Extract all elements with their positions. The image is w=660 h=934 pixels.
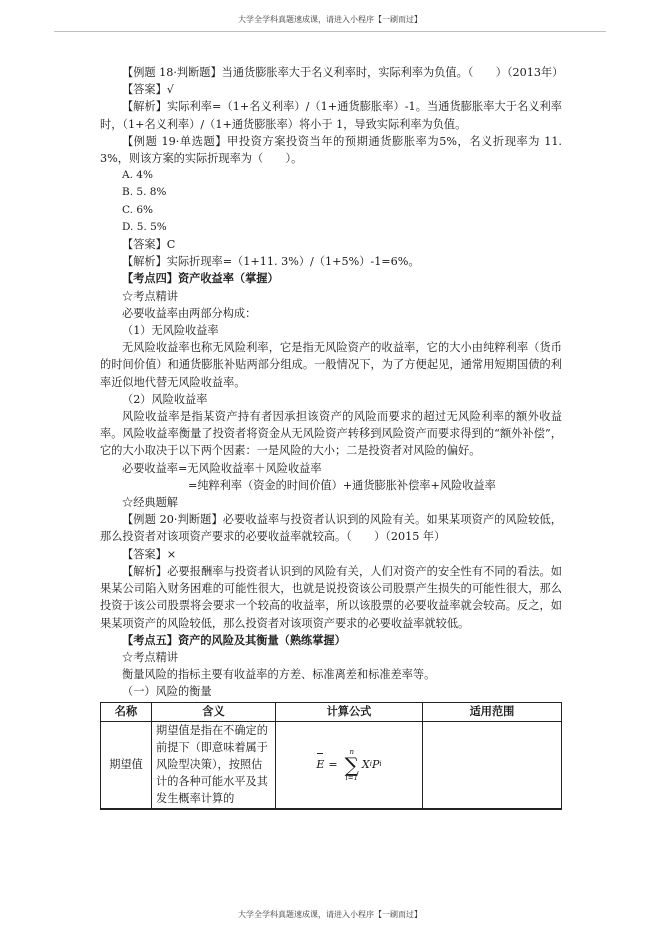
table-row: 期望值 期望值是指在不确定的前提下（即意味着属于风险型决策），按照估计的各种可能… [101,721,562,809]
key-point-5-subheading: ☆考点精讲 [100,649,562,666]
page-header: 大学全学科真题速成课，请进入小程序【一刷而过】 [0,0,660,40]
risk-premium-paragraph: 风险收益率是指某资产持有者因承担该资产的风险而要求的超过无风险利率的额外收益率。… [100,408,562,460]
example-19-option-b: B. 5. 8% [100,184,562,201]
risk-measurement-heading: （一）风险的衡量 [100,683,562,700]
example-19-explanation: 【解析】实际折现率=（1+11. 3%）/（1+5%）-1=6%。 [100,253,562,270]
key-point-4-title: 【考点四】资产收益率（掌握） [100,270,562,287]
key-point-5-intro: 衡量风险的指标主要有收益率的方差、标准离差和标准差率等。 [100,666,562,683]
example-20-explanation: 【解析】必要报酬率与投资者认识到的风险有关，人们对资产的安全性有不同的看法。如果… [100,563,562,632]
formula-lhs: E [316,756,324,773]
header-divider [54,31,606,32]
example-20-answer: 【答案】× [100,546,562,563]
required-return-formula-2: =纯粹利率（资金的时间价值）+通货膨胀补偿率+风险收益率 [100,477,562,494]
cell-meaning: 期望值是指在不确定的前提下（即意味着属于风险型决策），按照估计的各种可能水平及其… [152,721,276,809]
risk-premium-heading: （2）风险收益率 [100,391,562,408]
formula-term-p: P [372,756,379,773]
cell-name: 期望值 [101,721,152,809]
formula-sub-p: i [379,756,381,773]
table-header-row: 名称 含义 计算公式 适用范围 [101,702,562,721]
sigma-glyph: ∑ [345,756,359,774]
risk-measurement-table: 名称 含义 计算公式 适用范围 期望值 期望值是指在不确定的前提下（即意味着属于… [100,702,562,810]
example-18-question: 【例题 18·判断题】当通货膨胀率大于名义利率时，实际利率为负值。（ ）（201… [100,64,562,81]
column-header-name: 名称 [101,702,152,721]
footer-promo-text: 大学全学科真题速成课，请进入小程序【一刷而过】 [0,909,660,920]
key-point-4-subheading: ☆考点精讲 [100,288,562,305]
required-return-formula-1: 必要收益率=无风险收益率＋风险收益率 [100,460,562,477]
cell-scope [423,721,562,809]
column-header-formula: 计算公式 [276,702,423,721]
risk-free-rate-paragraph: 无风险收益率也称无风险利率，它是指无风险资产的收益率，它的大小由纯粹利率（货币的… [100,339,562,391]
sum-lower-limit: i=1 [345,774,358,782]
example-18-answer: 【答案】√ [100,81,562,98]
example-20-question: 【例题 20·判断题】必要收益率与投资者认识到的风险有关。如果某项资产的风险较低… [100,511,562,545]
document-body: 【例题 18·判断题】当通货膨胀率大于名义利率时，实际利率为负值。（ ）（201… [100,64,562,810]
example-19-option-d: D. 5. 5% [100,219,562,236]
summation-symbol: n ∑ i=1 [345,748,359,782]
example-19-option-c: C. 6% [100,202,562,219]
key-point-5-title: 【考点五】资产的风险及其衡量（熟练掌握） [100,632,562,649]
classic-problems-subheading: ☆经典题解 [100,494,562,511]
cell-formula: E = n ∑ i=1 XiPi [276,721,423,809]
column-header-scope: 适用范围 [423,702,562,721]
key-point-4-intro: 必要收益率由两部分构成： [100,305,562,322]
example-19-question: 【例题 19·单选题】甲投资方案投资当年的预期通货膨胀率为5%，名义折现率为 1… [100,133,562,167]
example-19-answer: 【答案】C [100,236,562,253]
formula-equals: = [328,756,337,773]
header-promo-text: 大学全学科真题速成课，请进入小程序【一刷而过】 [0,14,660,25]
risk-free-rate-heading: （1）无风险收益率 [100,322,562,339]
column-header-meaning: 含义 [152,702,276,721]
example-18-explanation: 【解析】实际利率=（1+名义利率）/（1+通货膨胀率）-1。当通货膨胀率大于名义… [100,98,562,132]
expected-value-formula: E = n ∑ i=1 XiPi [316,748,381,782]
example-19-option-a: A. 4% [100,167,562,184]
formula-term-x: X [362,756,370,773]
